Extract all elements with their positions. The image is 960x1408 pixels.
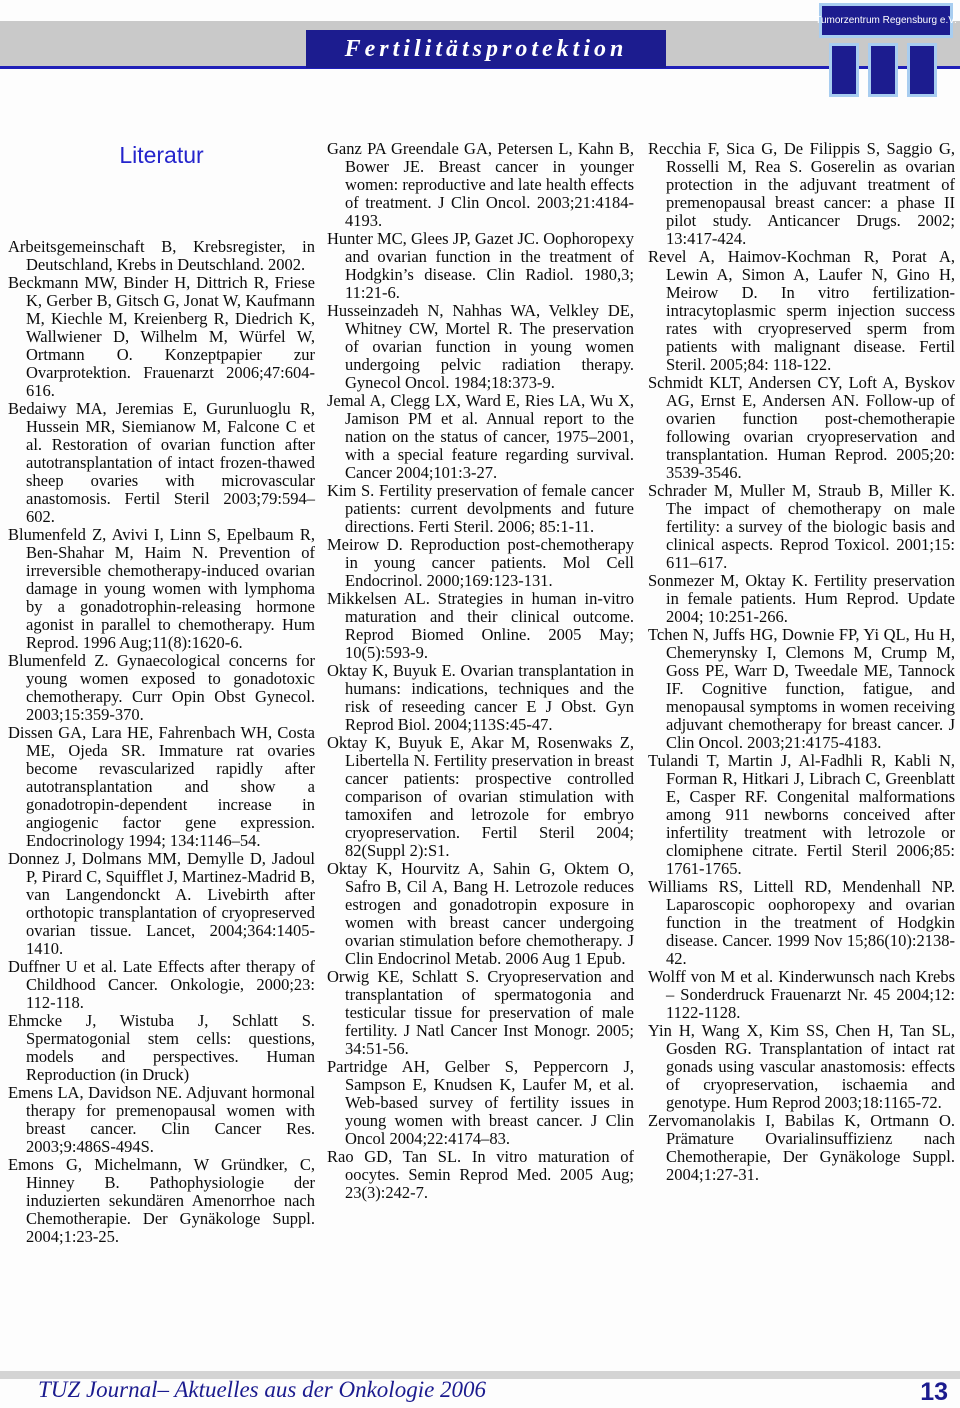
reference-item: Rao GD, Tan SL. In vitro maturation of o… bbox=[327, 1148, 634, 1202]
reference-item: Tulandi T, Martin J, Al-Fadhli R, Kabli … bbox=[648, 752, 955, 878]
reference-item: Ehmcke J, Wistuba J, Schlatt S. Spermato… bbox=[8, 1012, 315, 1084]
reference-item: Partridge AH, Gelber S, Peppercorn J, Sa… bbox=[327, 1058, 634, 1148]
reference-item: Dissen GA, Lara HE, Fahrenbach WH, Costa… bbox=[8, 724, 315, 850]
references-column-1: Literatur Arbeitsgemeinschaft B, Krebsre… bbox=[8, 140, 315, 1246]
reference-item: Ganz PA Greendale GA, Petersen L, Kahn B… bbox=[327, 140, 634, 230]
reference-item: Blumenfeld Z, Avivi I, Linn S, Epelbaum … bbox=[8, 526, 315, 652]
reference-item: Oktay K, Buyuk E. Ovarian transplantatio… bbox=[327, 662, 634, 734]
reference-item: Recchia F, Sica G, De Filippis S, Saggio… bbox=[648, 140, 955, 248]
logo-bar-icon bbox=[907, 43, 937, 97]
references-column-3: Recchia F, Sica G, De Filippis S, Saggio… bbox=[648, 140, 955, 1184]
logo-bar-icon bbox=[868, 43, 898, 97]
journal-page: Fertilitätsprotektion Tumorzentrum Regen… bbox=[0, 0, 960, 1408]
references-column-2: Ganz PA Greendale GA, Petersen L, Kahn B… bbox=[327, 140, 634, 1202]
reference-item: Schrader M, Muller M, Straub B, Miller K… bbox=[648, 482, 955, 572]
reference-item: Hunter MC, Glees JP, Gazet JC. Oophorope… bbox=[327, 230, 634, 302]
section-heading: Literatur bbox=[8, 142, 315, 168]
reference-item: Jemal A, Clegg LX, Ward E, Ries LA, Wu X… bbox=[327, 392, 634, 482]
tumorzentrum-logo-label: Tumorzentrum Regensburg e.V. bbox=[815, 15, 957, 26]
reference-item: Tchen N, Juffs HG, Downie FP, Yi QL, Hu … bbox=[648, 626, 955, 752]
reference-item: Mikkelsen AL. Strategies in human in-vit… bbox=[327, 590, 634, 662]
reference-item: Sonmezer M, Oktay K. Fertility preservat… bbox=[648, 572, 955, 626]
reference-item: Revel A, Haimov-Kochman R, Porat A, Lewi… bbox=[648, 248, 955, 374]
logo-bar-icon bbox=[829, 43, 859, 97]
reference-item: Oktay K, Buyuk E, Akar M, Rosenwaks Z, L… bbox=[327, 734, 634, 860]
reference-item: Meirow D. Reproduction post-chemotherapy… bbox=[327, 536, 634, 590]
reference-item: Emens LA, Davidson NE. Adjuvant hormonal… bbox=[8, 1084, 315, 1156]
reference-item: Duffner U et al. Late Effects after ther… bbox=[8, 958, 315, 1012]
reference-item: Yin H, Wang X, Kim SS, Chen H, Tan SL, G… bbox=[648, 1022, 955, 1112]
reference-item: Kim S. Fertility preservation of female … bbox=[327, 482, 634, 536]
reference-list-3: Recchia F, Sica G, De Filippis S, Saggio… bbox=[648, 140, 955, 1184]
reference-item: Husseinzadeh N, Nahhas WA, Velkley DE, W… bbox=[327, 302, 634, 392]
reference-item: Oktay K, Hourvitz A, Sahin G, Oktem O, S… bbox=[327, 860, 634, 968]
reference-item: Schmidt KLT, Andersen CY, Loft A, Byskov… bbox=[648, 374, 955, 482]
reference-item: Williams RS, Littell RD, Mendenhall NP. … bbox=[648, 878, 955, 968]
reference-item: Zervomanolakis I, Babilas K, Ortmann O. … bbox=[648, 1112, 955, 1184]
reference-item: Emons G, Michelmann, W Gründker, C, Hinn… bbox=[8, 1156, 315, 1246]
reference-list-2: Ganz PA Greendale GA, Petersen L, Kahn B… bbox=[327, 140, 634, 1202]
logo-bars-icon bbox=[829, 43, 937, 97]
page-number: 13 bbox=[920, 1378, 948, 1407]
journal-title: TUZ Journal– Aktuelles aus der Onkologie… bbox=[38, 1377, 486, 1403]
reference-item: Donnez J, Dolmans MM, Demylle D, Jadoul … bbox=[8, 850, 315, 958]
reference-item: Arbeitsgemeinschaft B, Krebsregister, in… bbox=[8, 238, 315, 274]
page-title-box: Fertilitätsprotektion bbox=[306, 30, 666, 68]
reference-item: Orwig KE, Schlatt S. Cryopreservation an… bbox=[327, 968, 634, 1058]
reference-item: Wolff von M et al. Kinderwunsch nach Kre… bbox=[648, 968, 955, 1022]
reference-item: Beckmann MW, Binder H, Dittrich R, Fries… bbox=[8, 274, 315, 400]
reference-list-1: Arbeitsgemeinschaft B, Krebsregister, in… bbox=[8, 238, 315, 1246]
reference-item: Bedaiwy MA, Jeremias E, Gurunluoglu R, H… bbox=[8, 400, 315, 526]
page-title: Fertilitätsprotektion bbox=[345, 36, 628, 63]
tumorzentrum-logo: Tumorzentrum Regensburg e.V. bbox=[819, 3, 953, 38]
reference-item: Blumenfeld Z. Gynaecological concerns fo… bbox=[8, 652, 315, 724]
